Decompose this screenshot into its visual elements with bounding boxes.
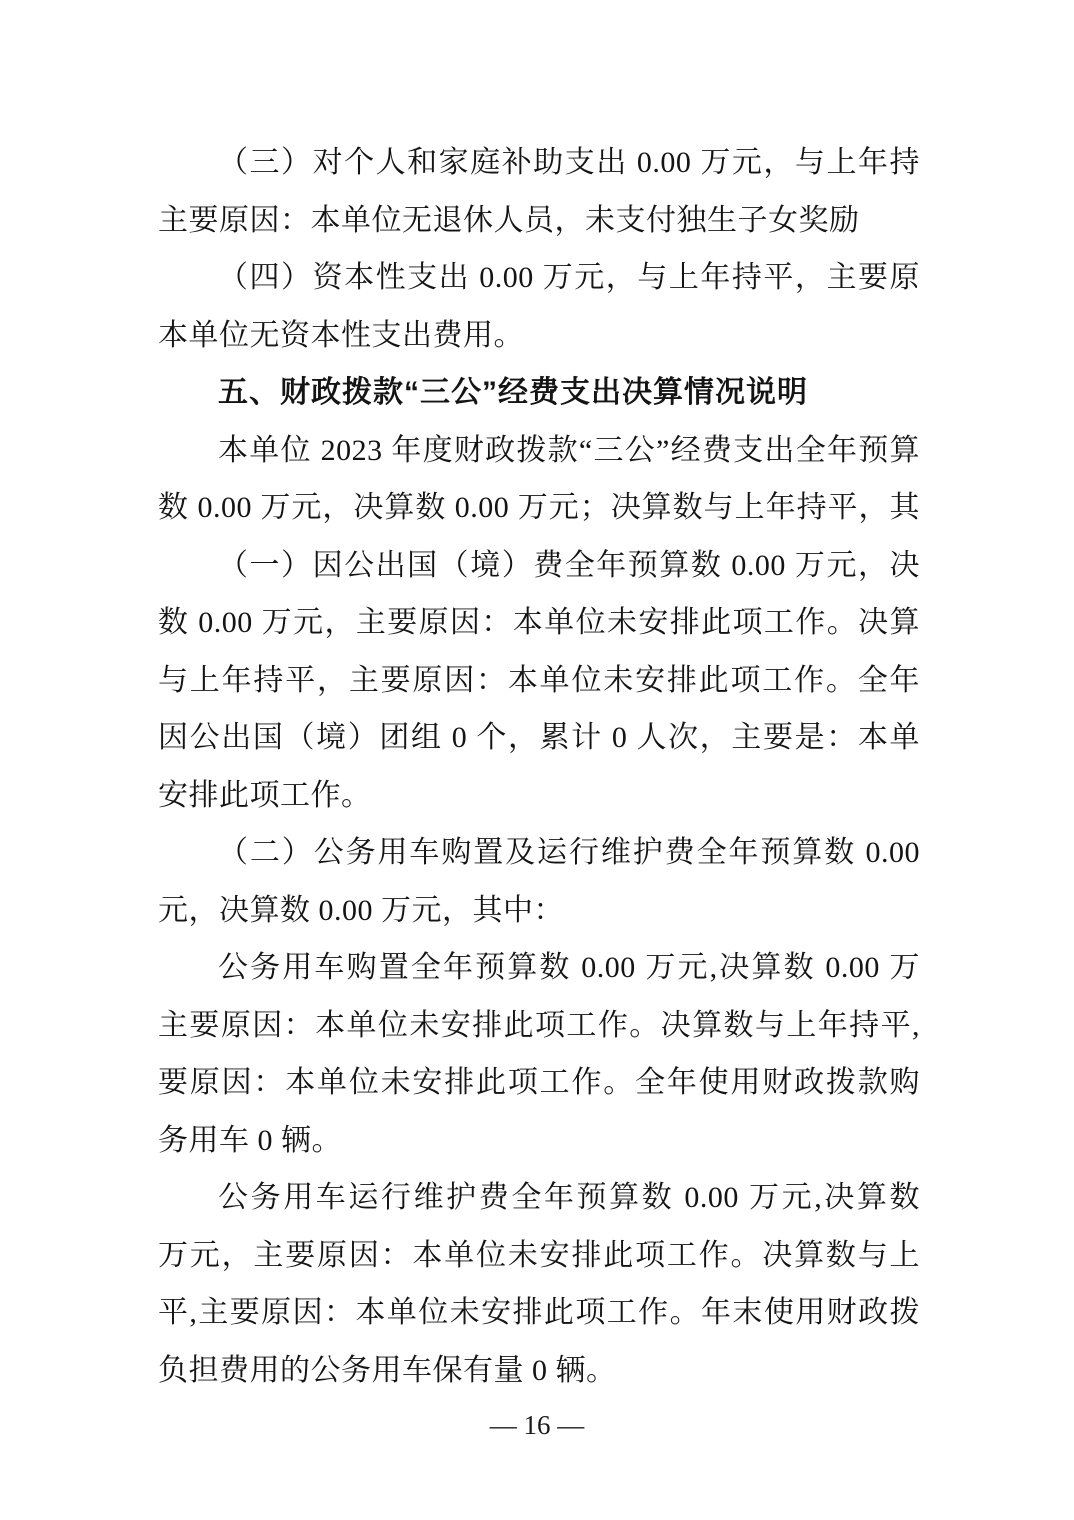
text-line: 与上年持平，主要原因：本单位未安排此项工作。全年安排 bbox=[158, 652, 920, 710]
text-line: （二）公务用车购置及运行维护费全年预算数 0.00 万 bbox=[158, 824, 920, 882]
page-number: — 16 — bbox=[490, 1410, 585, 1440]
text-line: 公务用车运行维护费全年预算数 0.00 万元,决算数 0.00 bbox=[158, 1169, 920, 1227]
text-line: 公务用车购置全年预算数 0.00 万元,决算数 0.00 万元, bbox=[158, 939, 920, 997]
text-line: 元，决算数 0.00 万元，其中： bbox=[158, 882, 920, 940]
text-line: 数 0.00 万元，主要原因：本单位未安排此项工作。决算数 bbox=[158, 594, 920, 652]
text-line: （一）因公出国（境）费全年预算数 0.00 万元，决算 bbox=[158, 537, 920, 595]
text-line: 负担费用的公务用车保有量 0 辆。 bbox=[158, 1342, 920, 1400]
para-vehicle-purchase: 公务用车购置全年预算数 0.00 万元,决算数 0.00 万元,主要原因：本单位… bbox=[158, 939, 920, 1169]
para-item-four: （四）资本性支出 0.00 万元，与上年持平，主要原因：本单位无资本性支出费用。 bbox=[158, 249, 920, 364]
page-footer: — 16 — bbox=[0, 1405, 1074, 1445]
para-overview: 本单位 2023 年度财政拨款“三公”经费支出全年预算数 0.00 万元，决算数… bbox=[158, 422, 920, 537]
text-line: 本单位无资本性支出费用。 bbox=[158, 307, 920, 365]
text-line: （三）对个人和家庭补助支出 0.00 万元，与上年持平， bbox=[158, 134, 920, 192]
document-page: （三）对个人和家庭补助支出 0.00 万元，与上年持平，主要原因：本单位无退休人… bbox=[0, 0, 1074, 1520]
text-line: 万元，主要原因：本单位未安排此项工作。决算数与上年持 bbox=[158, 1227, 920, 1285]
para-item-one-abroad: （一）因公出国（境）费全年预算数 0.00 万元，决算数 0.00 万元，主要原… bbox=[158, 537, 920, 825]
text-line: 主要原因：本单位无退休人员，未支付独生子女奖励金。 bbox=[158, 192, 920, 250]
text-line: 安排此项工作。 bbox=[158, 767, 920, 825]
text-line: 因公出国（境）团组 0 个，累计 0 人次，主要是：本单位未 bbox=[158, 709, 920, 767]
document-body: （三）对个人和家庭补助支出 0.00 万元，与上年持平，主要原因：本单位无退休人… bbox=[158, 134, 920, 1399]
text-line: 数 0.00 万元，决算数 0.00 万元；决算数与上年持平，其中： bbox=[158, 479, 920, 537]
heading-section-five: 五、财政拨款“三公”经费支出决算情况说明 bbox=[158, 364, 920, 422]
text-line: 五、财政拨款“三公”经费支出决算情况说明 bbox=[158, 364, 920, 422]
text-line: 要原因：本单位未安排此项工作。全年使用财政拨款购置公 bbox=[158, 1054, 920, 1112]
text-line: 本单位 2023 年度财政拨款“三公”经费支出全年预算 bbox=[158, 422, 920, 480]
para-vehicle-maintenance: 公务用车运行维护费全年预算数 0.00 万元,决算数 0.00万元，主要原因：本… bbox=[158, 1169, 920, 1399]
text-line: （四）资本性支出 0.00 万元，与上年持平，主要原因： bbox=[158, 249, 920, 307]
text-line: 主要原因：本单位未安排此项工作。决算数与上年持平,主 bbox=[158, 997, 920, 1055]
para-item-two-vehicles: （二）公务用车购置及运行维护费全年预算数 0.00 万元，决算数 0.00 万元… bbox=[158, 824, 920, 939]
text-line: 平,主要原因：本单位未安排此项工作。年末使用财政拨款 bbox=[158, 1284, 920, 1342]
para-item-three: （三）对个人和家庭补助支出 0.00 万元，与上年持平，主要原因：本单位无退休人… bbox=[158, 134, 920, 249]
text-line: 务用车 0 辆。 bbox=[158, 1112, 920, 1170]
